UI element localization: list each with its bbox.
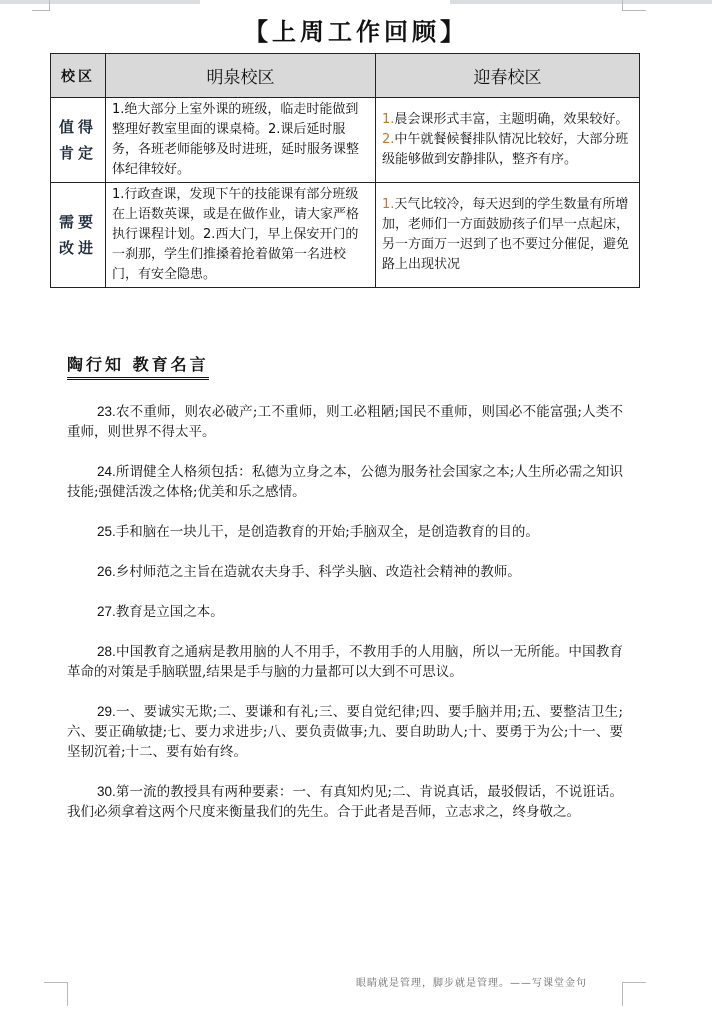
quote-text: 所谓健全人格须包括：私德为立身之本，公德为服务社会国家之本;人生所必需之知识技能…: [67, 464, 623, 500]
item-text: 晨会课形式丰富，主题明确，效果较好。: [394, 112, 628, 127]
row-label-commendable: 值得 肯定: [51, 98, 106, 183]
quote-number: 25.: [97, 524, 116, 539]
quotes-list: 23.农不重师，则农必破产;工不重师，则工必粗陋;国民不重师，则国必不能富强;人…: [67, 402, 623, 842]
quote-text: 中国教育之通病是教用脑的人不用手，不教用手的人用脑，所以一无所能。中国教育革命的…: [67, 644, 623, 680]
quote-paragraph: 29.一、要诚实无欺;二、要谦和有礼;三、要自觉纪律;四、要手脑并用;五、要整洁…: [67, 702, 623, 762]
list-item: 1.晨会课形式丰富，主题明确，效果较好。: [382, 110, 633, 130]
item-number: 2.: [382, 132, 394, 147]
row-label-line: 值得: [52, 114, 104, 140]
footer-motto: 眼睛就是管理，脚步就是管理。——写课堂金句: [356, 974, 587, 989]
quote-text: 一、要诚实无欺;二、要谦和有礼;三、要自觉纪律;四、要手脑并用;五、要整洁卫生;…: [67, 704, 623, 760]
header-campus: 校区: [51, 54, 106, 98]
section-heading-tao-xingzhi-quotes: 陶行知 教育名言: [67, 352, 209, 380]
quote-number: 29.: [97, 704, 116, 719]
quote-number: 24.: [97, 464, 116, 479]
quote-paragraph: 25.手和脑在一块儿干，是创造教育的开始;手脑双全，是创造教育的目的。: [67, 522, 623, 542]
quote-paragraph: 27.教育是立国之本。: [67, 602, 623, 622]
quote-number: 23.: [97, 404, 116, 419]
item-text: 天气比较冷，每天迟到的学生数量有所增加，老师们一方面鼓励孩子们早一点起床，另一方…: [382, 197, 629, 272]
header-mingquan-campus: 明泉校区: [106, 54, 376, 98]
quote-text: 教育是立国之本。: [116, 604, 224, 620]
table-header-row: 校区 明泉校区 迎春校区: [51, 54, 640, 98]
table-row-needs-improvement: 需要 改进 1.行政查课，发现下午的技能课有部分班级在上语数英课，或是在做作业，…: [51, 183, 640, 288]
table-row-commendable: 值得 肯定 1.绝大部分上室外课的班级，临走时能做到整理好教室里面的课桌椅。2.…: [51, 98, 640, 183]
item-number: 1.: [382, 197, 394, 212]
quote-number: 28.: [97, 644, 116, 659]
quote-text: 乡村师范之主旨在造就农夫身手、科学头脑、改造社会精神的教师。: [116, 564, 521, 580]
cell-yingchun-commendable: 1.晨会课形式丰富，主题明确，效果较好。 2.中午就餐候餐排队情况比较好，大部分…: [376, 98, 640, 183]
quote-paragraph: 30.第一流的教授具有两种要素：一、有真知灼见;二、肯说真话，最驳假话，不说诳话…: [67, 782, 623, 822]
quote-text: 农不重师，则农必破产;工不重师，则工必粗陋;国民不重师，则国必不能富强;人类不重…: [67, 404, 623, 440]
quote-number: 30.: [97, 784, 116, 799]
quote-paragraph: 28.中国教育之通病是教用脑的人不用手，不教用手的人用脑，所以一无所能。中国教育…: [67, 642, 623, 682]
quote-number: 26.: [97, 564, 116, 579]
row-label-line: 需要: [52, 209, 104, 235]
margin-corner-mark-top-right: [622, 0, 646, 11]
cell-mingquan-needs-improvement: 1.行政查课，发现下午的技能课有部分班级在上语数英课，或是在做作业，请大家严格执…: [106, 183, 376, 288]
list-item: 2.中午就餐候餐排队情况比较好，大部分班级能够做到安静排队，整齐有序。: [382, 130, 633, 170]
quote-paragraph: 23.农不重师，则农必破产;工不重师，则工必粗陋;国民不重师，则国必不能富强;人…: [67, 402, 623, 442]
document-title: 【上周工作回顾】: [0, 12, 712, 47]
page-gap-bar-right: [450, 0, 712, 4]
item-text: 中午就餐候餐排队情况比较好，大部分班级能够做到安静排队，整齐有序。: [382, 132, 628, 167]
cell-yingchun-needs-improvement: 1.天气比较冷，每天迟到的学生数量有所增加，老师们一方面鼓励孩子们早一点起床，另…: [376, 183, 640, 288]
quote-text: 手和脑在一块儿干，是创造教育的开始;手脑双全，是创造教育的目的。: [116, 524, 539, 540]
list-item: 1.天气比较冷，每天迟到的学生数量有所增加，老师们一方面鼓励孩子们早一点起床，另…: [382, 195, 633, 275]
row-label-line: 肯定: [52, 140, 104, 166]
margin-corner-mark-bottom-right: [622, 982, 646, 1006]
row-label-line: 改进: [52, 235, 104, 261]
header-yingchun-campus: 迎春校区: [376, 54, 640, 98]
margin-corner-mark-bottom-left: [44, 982, 68, 1006]
margin-corner-mark-top-left: [32, 0, 50, 11]
quote-paragraph: 24.所谓健全人格须包括：私德为立身之本，公德为服务社会国家之本;人生所必需之知…: [67, 462, 623, 502]
quote-paragraph: 26.乡村师范之主旨在造就农夫身手、科学头脑、改造社会精神的教师。: [67, 562, 623, 582]
row-label-needs-improvement: 需要 改进: [51, 183, 106, 288]
cell-mingquan-commendable: 1.绝大部分上室外课的班级，临走时能做到整理好教室里面的课桌椅。2.课后延时服务…: [106, 98, 376, 183]
quote-text: 第一流的教授具有两种要素：一、有真知灼见;二、肯说真话，最驳假话，不说诳话。我们…: [67, 784, 623, 820]
weekly-review-table: 校区 明泉校区 迎春校区 值得 肯定 1.绝大部分上室外课的班级，临走时能做到整…: [50, 53, 640, 288]
quote-number: 27.: [97, 604, 116, 619]
page-gap-bar-left: [0, 0, 200, 4]
item-number: 1.: [382, 112, 394, 127]
